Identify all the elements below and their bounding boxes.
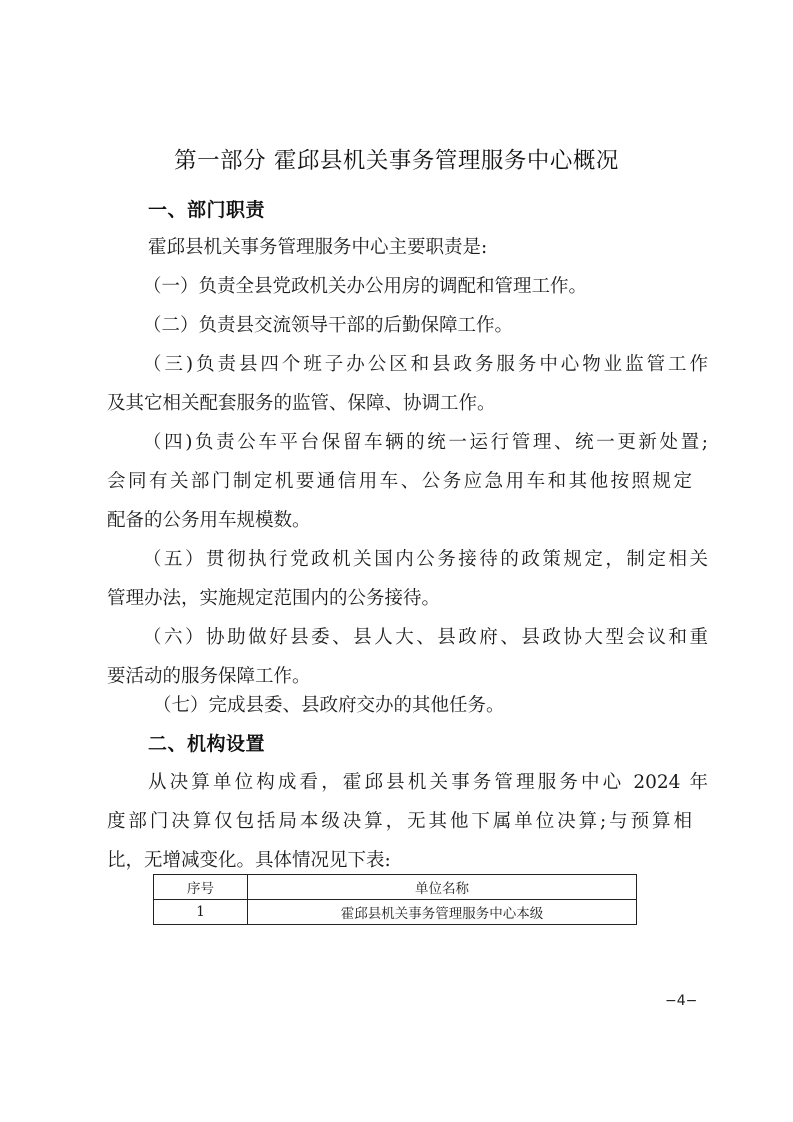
page-number: −4−: [665, 993, 697, 1009]
duty-item-3-line-2: 及其它相关配套服务的监管、保障、协调工作。: [107, 389, 496, 415]
section-heading-duties: 一、部门职责: [148, 195, 265, 222]
duty-item-3-line-1: （三)负责县四个班子办公区和县政务服务中心物业监管工作: [143, 350, 708, 376]
units-table: 序号 单位名称 1 霍邱县机关事务管理服务中心本级: [153, 874, 637, 925]
duty-item-1: （一）负责全县党政机关办公用房的调配和管理工作。: [143, 272, 587, 298]
duty-item-5-line-2: 管理办法，实施规定范围内的公务接待。: [107, 584, 440, 610]
structure-paragraph-line-2: 度部门决算仅包括局本级决算，无其他下属单位决算;与预算相: [107, 807, 692, 833]
duties-intro: 霍邱县机关事务管理服务中心主要职责是:: [148, 233, 487, 259]
duty-item-4-line-1: （四)负责公车平台保留车辆的统一运行管理、统一更新处置;: [143, 428, 708, 454]
cell-unit-name: 霍邱县机关事务管理服务中心本级: [248, 900, 637, 925]
duty-item-4-line-2: 会同有关部门制定机要通信用车、公务应急用车和其他按照规定: [107, 467, 692, 493]
cell-index: 1: [154, 900, 248, 925]
duty-item-5-line-1: （五）贯彻执行党政机关国内公务接待的政策规定，制定相关: [143, 545, 708, 571]
column-header-unit-name: 单位名称: [248, 875, 637, 900]
duty-item-6-line-1: （六）协助做好县委、县人大、县政府、县政协大型会议和重: [143, 623, 708, 649]
duty-item-4-line-3: 配备的公务用车规模数。: [107, 506, 311, 532]
page-title: 第一部分 霍邱县机关事务管理服务中心概况: [0, 143, 793, 175]
structure-paragraph-line-3: 比，无增减变化。具体情况见下表:: [107, 846, 391, 872]
structure-paragraph-line-1: 从决算单位构成看，霍邱县机关事务管理服务中心 2024 年: [148, 768, 708, 794]
duty-item-7: （七）完成县委、县政府交办的其他任务。: [153, 691, 505, 717]
table-row: 1 霍邱县机关事务管理服务中心本级: [154, 900, 637, 925]
table-header-row: 序号 单位名称: [154, 875, 637, 900]
duty-item-2: （二）负责县交流领导干部的后勤保障工作。: [143, 311, 513, 337]
document-page: 第一部分 霍邱县机关事务管理服务中心概况 一、部门职责 霍邱县机关事务管理服务中…: [0, 0, 793, 1122]
section-heading-structure: 二、机构设置: [148, 729, 265, 756]
column-header-index: 序号: [154, 875, 248, 900]
duty-item-6-line-2: 要活动的服务保障工作。: [107, 662, 311, 688]
